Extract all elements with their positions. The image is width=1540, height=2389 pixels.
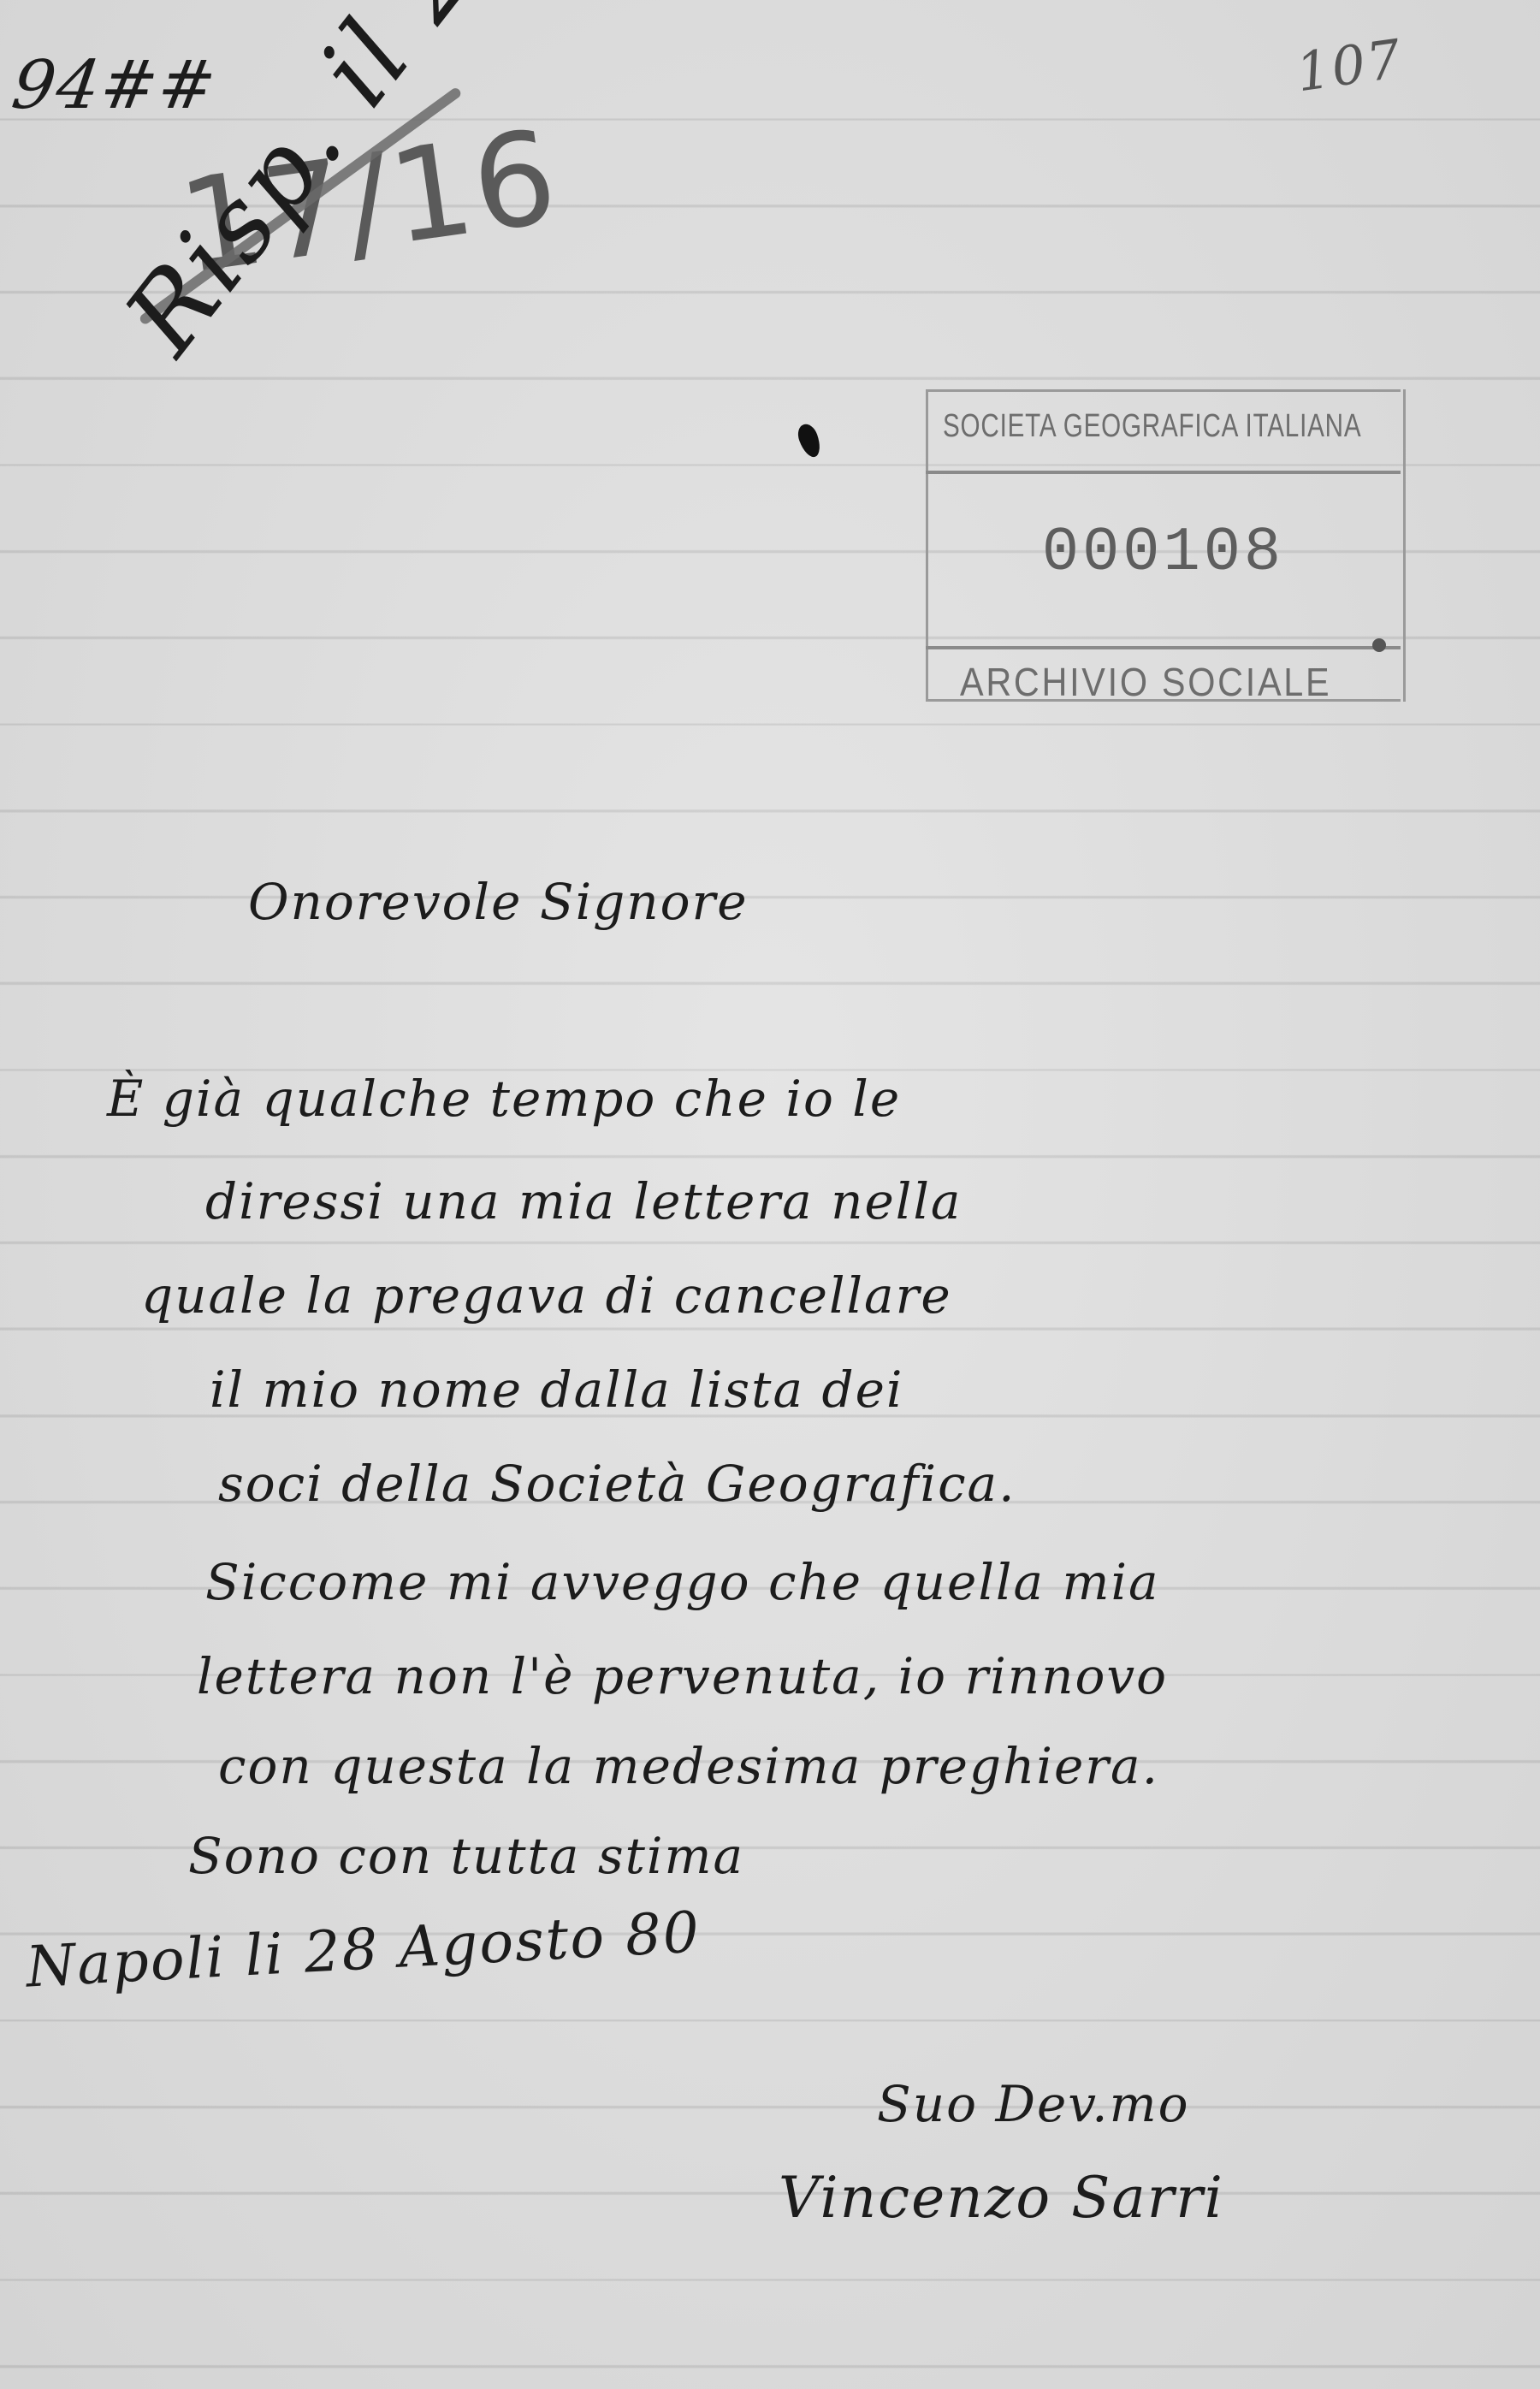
body-line: con questa la medesima preghiera. <box>218 1737 1159 1795</box>
stamp-archive-label: ARCHIVIO SOCIALE <box>960 659 1345 705</box>
body-line: diressi una mia lettera nella <box>205 1172 962 1230</box>
stamp-organization: SOCIETA GEOGRAFICA ITALIANA <box>943 408 1290 445</box>
page-number: 107 <box>1293 27 1407 104</box>
body-line: quale la pregava di cancellare <box>141 1266 952 1325</box>
stamp-rule <box>926 646 1401 649</box>
body-line: lettera non l'è pervenuta, io rinnovo <box>197 1647 1168 1705</box>
reference-number: 94## <box>8 47 222 124</box>
body-line: È già qualche tempo che io le <box>107 1070 901 1128</box>
signature: Vincenzo Sarri <box>779 2165 1224 2231</box>
body-line: il mio nome dalla lista dei <box>210 1360 903 1419</box>
letter-page: 94## 107 17/16 Risp. il 29 agosto SOCIET… <box>0 0 1540 2389</box>
closing: Suo Dev.mo <box>877 2075 1190 2133</box>
stamp-rule <box>926 471 1401 474</box>
place-and-date: Napoli li 28 Agosto 80 <box>25 1899 702 2000</box>
body-line: Siccome mi avveggo che quella mia <box>205 1553 1160 1611</box>
stamp-rule <box>926 389 1401 392</box>
ink-blot <box>795 421 824 459</box>
stamp-number: 000108 <box>926 518 1401 588</box>
archive-stamp: SOCIETA GEOGRAFICA ITALIANA 000108 ARCHI… <box>926 389 1405 706</box>
body-line: Sono con tutta stima <box>188 1827 744 1885</box>
body-line: soci della Società Geografica. <box>218 1455 1016 1513</box>
salutation: Onorevole Signore <box>248 873 749 931</box>
stamp-dot <box>1372 638 1386 652</box>
